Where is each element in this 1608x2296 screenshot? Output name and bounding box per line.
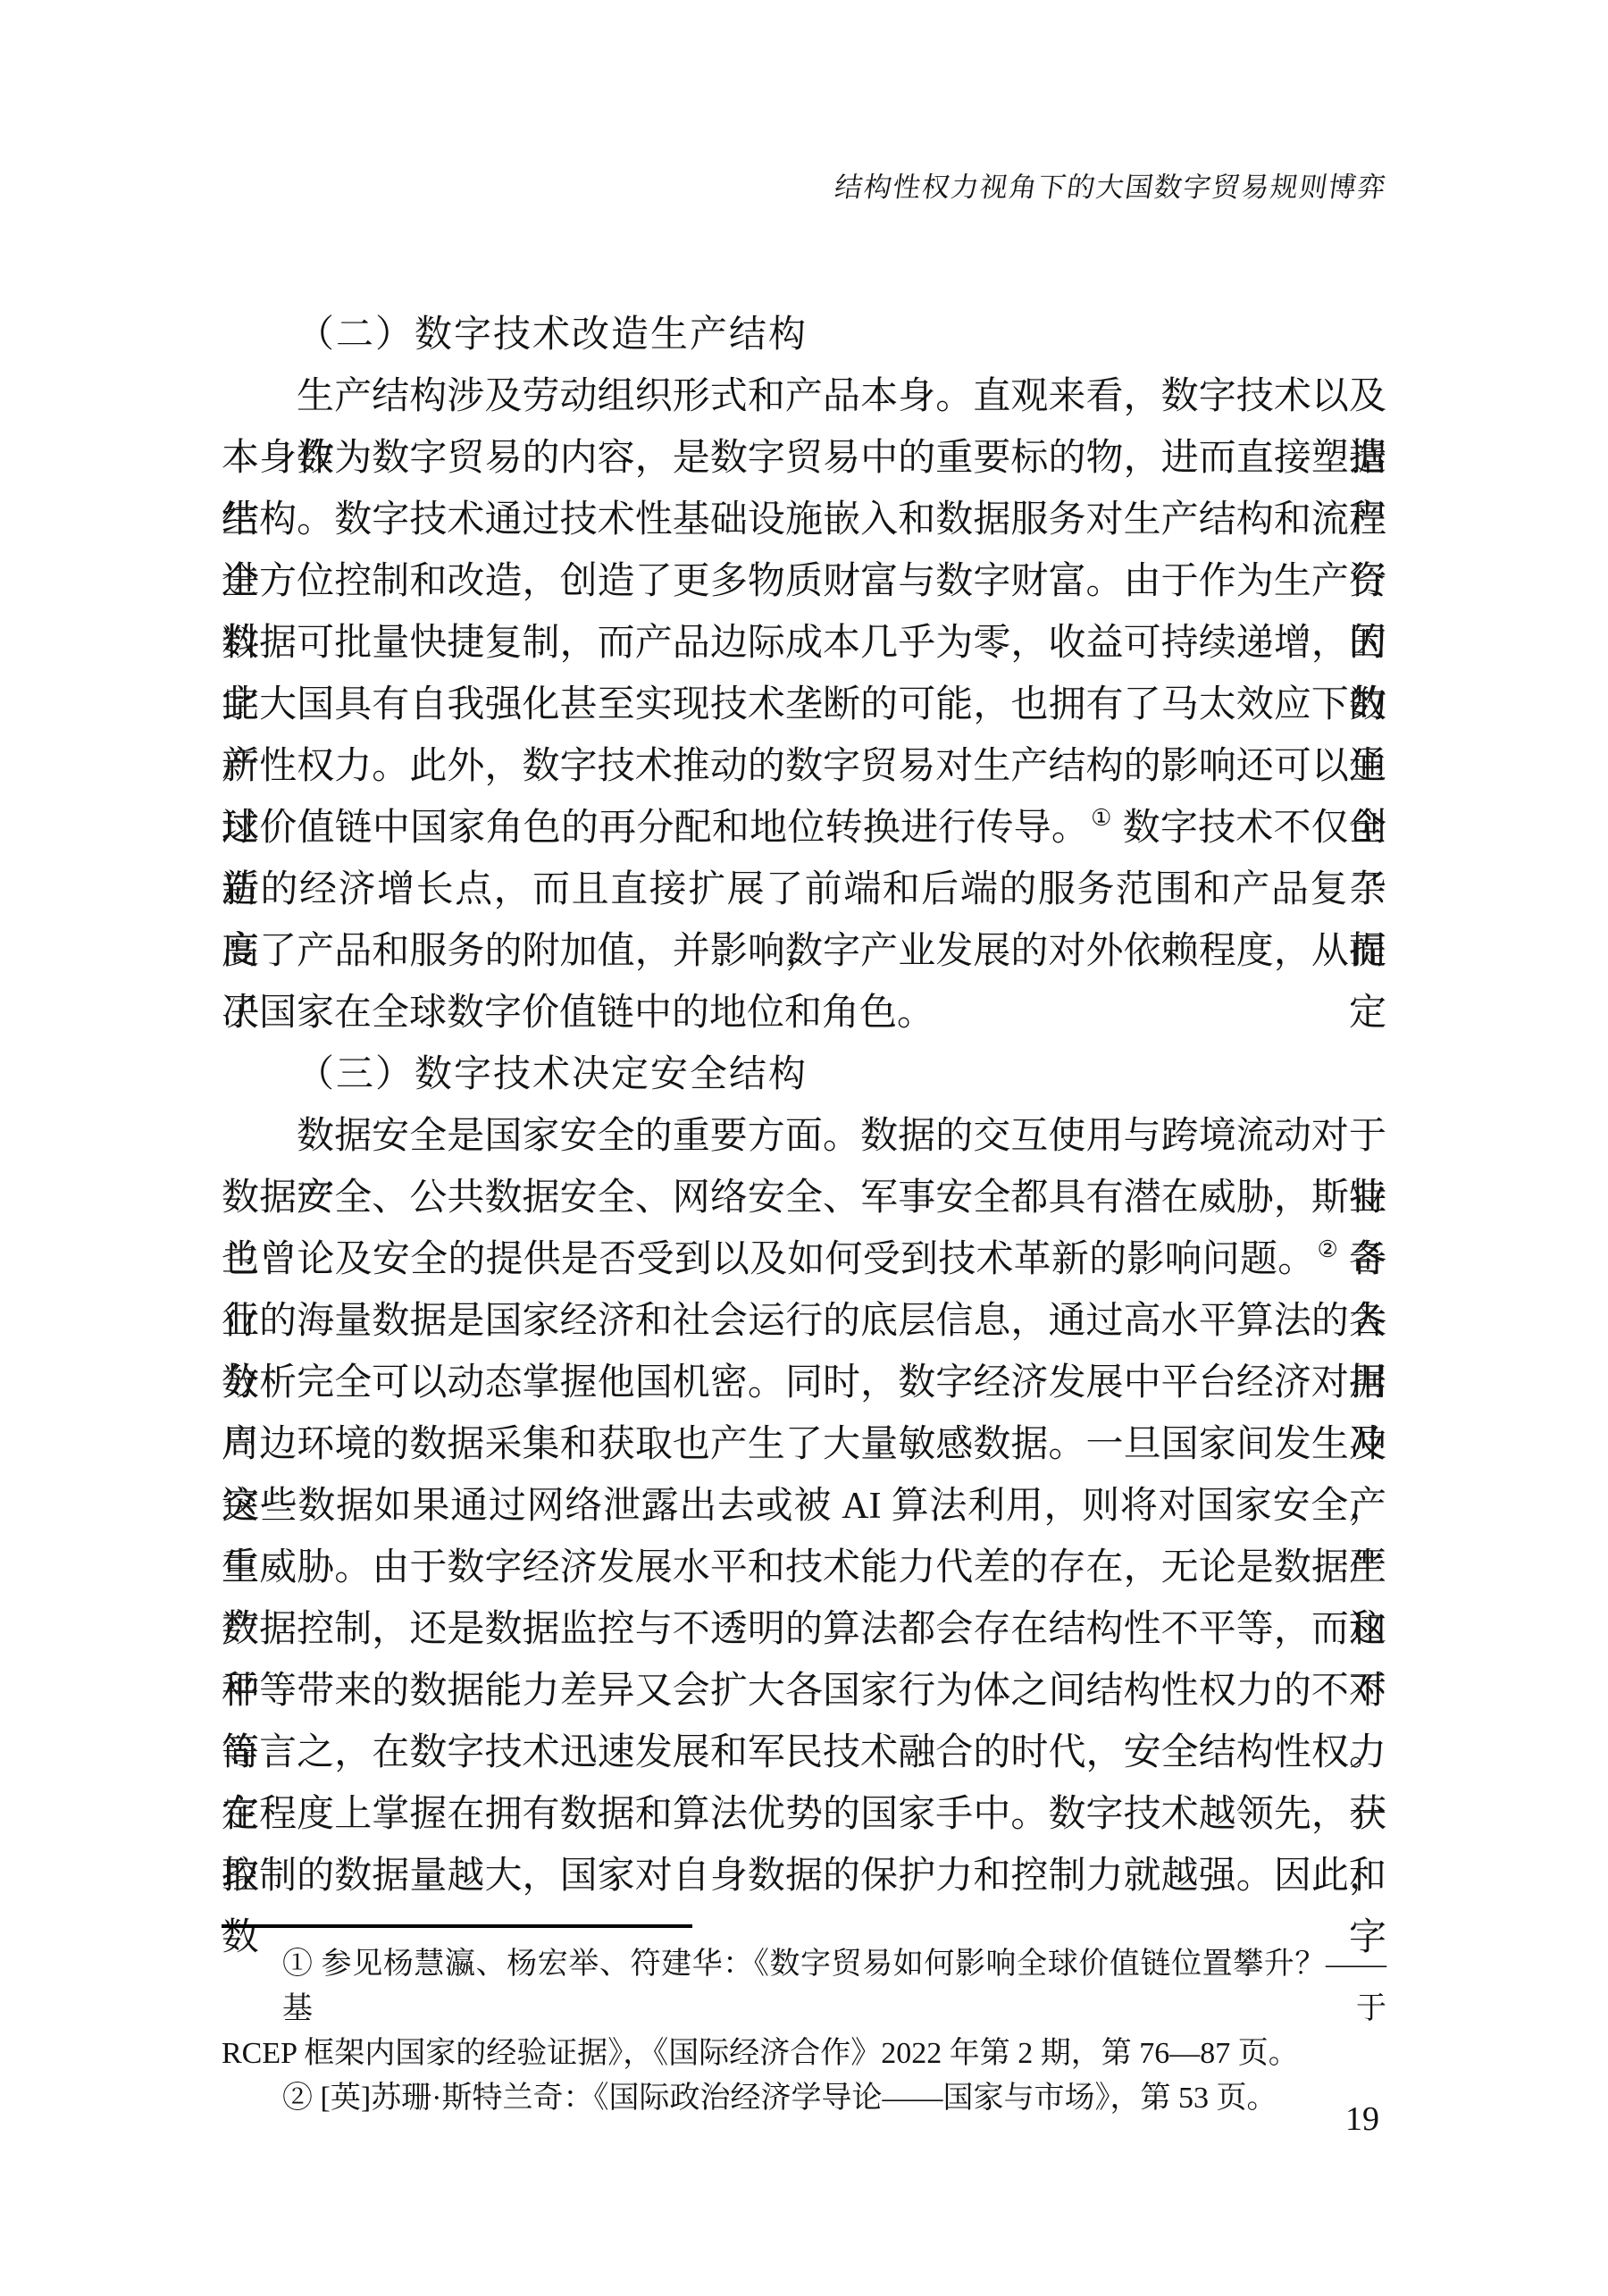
body-line: 定程度上掌握在拥有数据和算法优势的国家手中。数字技术越领先，获取和 (222, 1784, 1386, 1846)
body-line: 数据安全、公共数据安全、网络安全、军事安全都具有潜在威胁，斯特兰奇 (222, 1168, 1386, 1229)
body-line: 球价值链中国家角色的再分配和地位转换进行传导。①数字技术不仅创造了 (222, 798, 1386, 859)
body-line: 数据可批量快捷复制，而产品边际成本几乎为零，收益可持续递增，因此数 (222, 613, 1386, 675)
body-line: 数据安全是国家安全的重要方面。数据的交互使用与跨境流动对于产业 (222, 1106, 1386, 1168)
body-line: 也曾论及安全的提供是否受到以及如何受到技术革新的影响问题。②各行各 (222, 1229, 1386, 1291)
section-heading: （三）数字技术决定安全结构 (222, 1044, 1386, 1106)
body-line: 数据控制，还是数据监控与不透明的算法都会存在结构性不平等，而这种不 (222, 1599, 1386, 1661)
body-line: 这些数据如果通过网络泄露出去或被 AI 算法利用，则将对国家安全产生严 (222, 1476, 1386, 1538)
body-line: 字大国具有自我强化甚至实现技术垄断的可能，也拥有了马太效应下的新生 (222, 675, 1386, 736)
section-heading: （二）数字技术改造生产结构 (222, 305, 1386, 366)
body-line: 生产结构涉及劳动组织形式和产品本身。直观来看，数字技术以及数据 (222, 366, 1386, 428)
footnote-line: ① 参见杨慧瀛、杨宏举、符建华：《数字贸易如何影响全球价值链位置攀升？——基于 (222, 1942, 1386, 2032)
body-line: 业的海量数据是国家经济和社会运行的底层信息，通过高水平算法的大数据 (222, 1291, 1386, 1353)
footnote-ref: ② (1317, 1236, 1338, 1262)
body-line: 分析完全可以动态掌握他国机密。同时，数字经济发展中平台经济对用户及 (222, 1353, 1386, 1414)
body-line: 简言之，在数字技术迅速发展和军民技术融合的时代，安全结构性权力在一 (222, 1722, 1386, 1784)
body-line: 平等带来的数据能力差异又会扩大各国家行为体之间结构性权力的不对等。 (222, 1661, 1386, 1722)
footnotes: ① 参见杨慧瀛、杨宏举、符建华：《数字贸易如何影响全球价值链位置攀升？——基于R… (222, 1924, 1386, 2121)
text-block: （二）数字技术改造生产结构生产结构涉及劳动组织形式和产品本身。直观来看，数字技术… (222, 305, 1386, 1907)
running-header: 结构性权力视角下的大国数字贸易规则博弈 (219, 172, 1388, 204)
body-line: 高了产品和服务的附加值，并影响数字产业发展的对外依赖程度，从而决定 (222, 921, 1386, 983)
document-page: 结构性权力视角下的大国数字贸易规则博弈 （二）数字技术改造生产结构生产结构涉及劳… (0, 0, 1608, 2296)
body-line: 控制的数据量越大，国家对自身数据的保护力和控制力就越强。因此，数字 (222, 1846, 1386, 1907)
footnote-ref: ① (1091, 805, 1112, 831)
body-line: 新的经济增长点，而且直接扩展了前端和后端的服务范围和产品复杂度，提 (222, 859, 1386, 921)
body-line: 结构。数字技术通过技术性基础设施嵌入和数据服务对生产结构和流程进行 (222, 490, 1386, 551)
footnote-line: RCEP 框架内国家的经验证据》，《国际经济合作》2022 年第 2 期，第 7… (222, 2032, 1386, 2076)
footnote-rule (222, 1924, 692, 1928)
body-line: 全方位控制和改造，创造了更多物质财富与数字财富。由于作为生产资料的 (222, 551, 1386, 613)
body-line: 本身作为数字贸易的内容，是数字贸易中的重要标的物，进而直接塑造生产 (222, 428, 1386, 490)
body-line: 产性权力。此外，数字技术推动的数字贸易对生产结构的影响还可以通过全 (222, 736, 1386, 798)
footnote-lines: ① 参见杨慧瀛、杨宏举、符建华：《数字贸易如何影响全球价值链位置攀升？——基于R… (222, 1942, 1386, 2121)
page-number: 19 (222, 2099, 1379, 2139)
body-line: 重威胁。由于数字经济发展水平和技术能力代差的存在，无论是数据生产和 (222, 1538, 1386, 1599)
body-line: 周边环境的数据采集和获取也产生了大量敏感数据。一旦国家间发生冲突， (222, 1414, 1386, 1476)
